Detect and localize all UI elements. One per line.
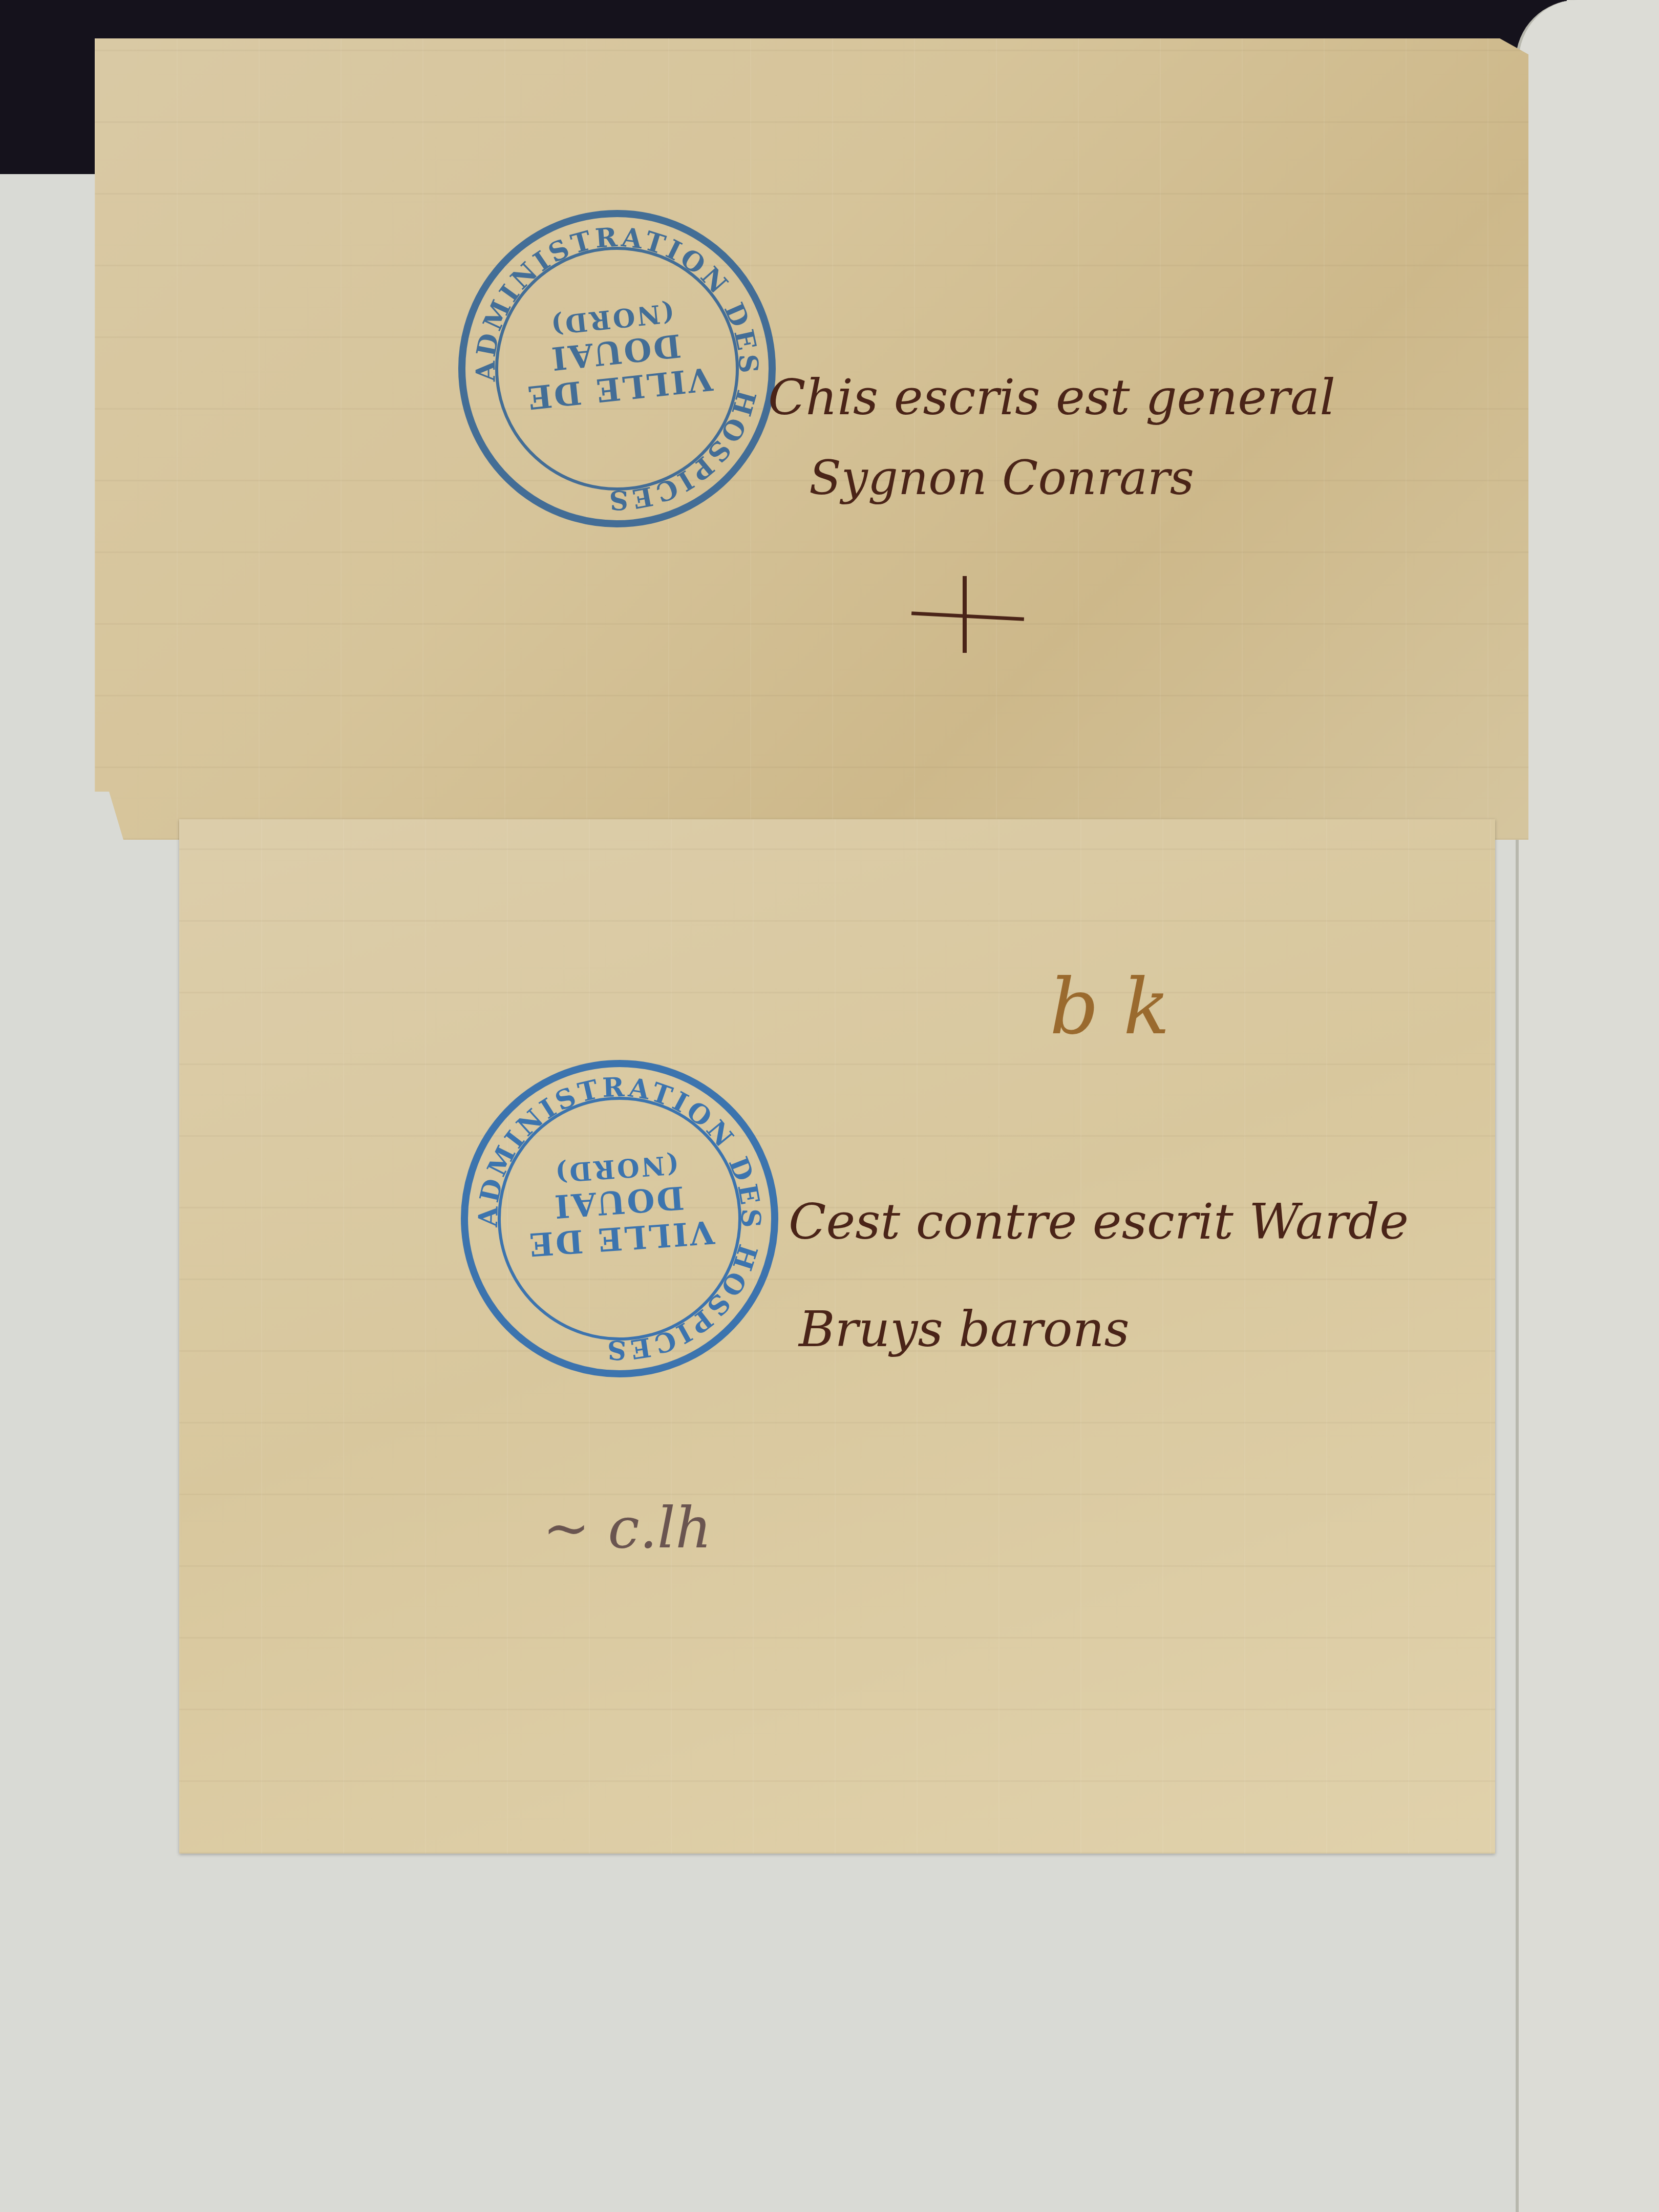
- dark-background-left: [0, 0, 102, 195]
- endorsement-line-3: Cest contre escrit Warde: [789, 1193, 1409, 1250]
- parchment-sheet-top: [95, 38, 1528, 840]
- stamp-center-text: VILLE DE DOUAI (NORD): [464, 1144, 774, 1267]
- hospices-stamp-bottom: ADMINISTRATION DES HOSPICES VILLE DE DOU…: [450, 1049, 789, 1388]
- endorsement-line-4: Bruys barons: [799, 1301, 1130, 1358]
- endorsement-line-1: Chis escris est general: [768, 369, 1335, 426]
- annotation: ~ c.lh: [543, 1495, 712, 1561]
- endorsement-line-2: Sygnon Conrars: [809, 451, 1194, 505]
- facing-page: [1516, 0, 1659, 2212]
- shelfmark: b k: [1050, 963, 1170, 1052]
- cross-mark-icon: [911, 568, 1024, 650]
- hospices-stamp-top: ADMINISTRATION DES HOSPICES VILLE DE DOU…: [442, 194, 791, 543]
